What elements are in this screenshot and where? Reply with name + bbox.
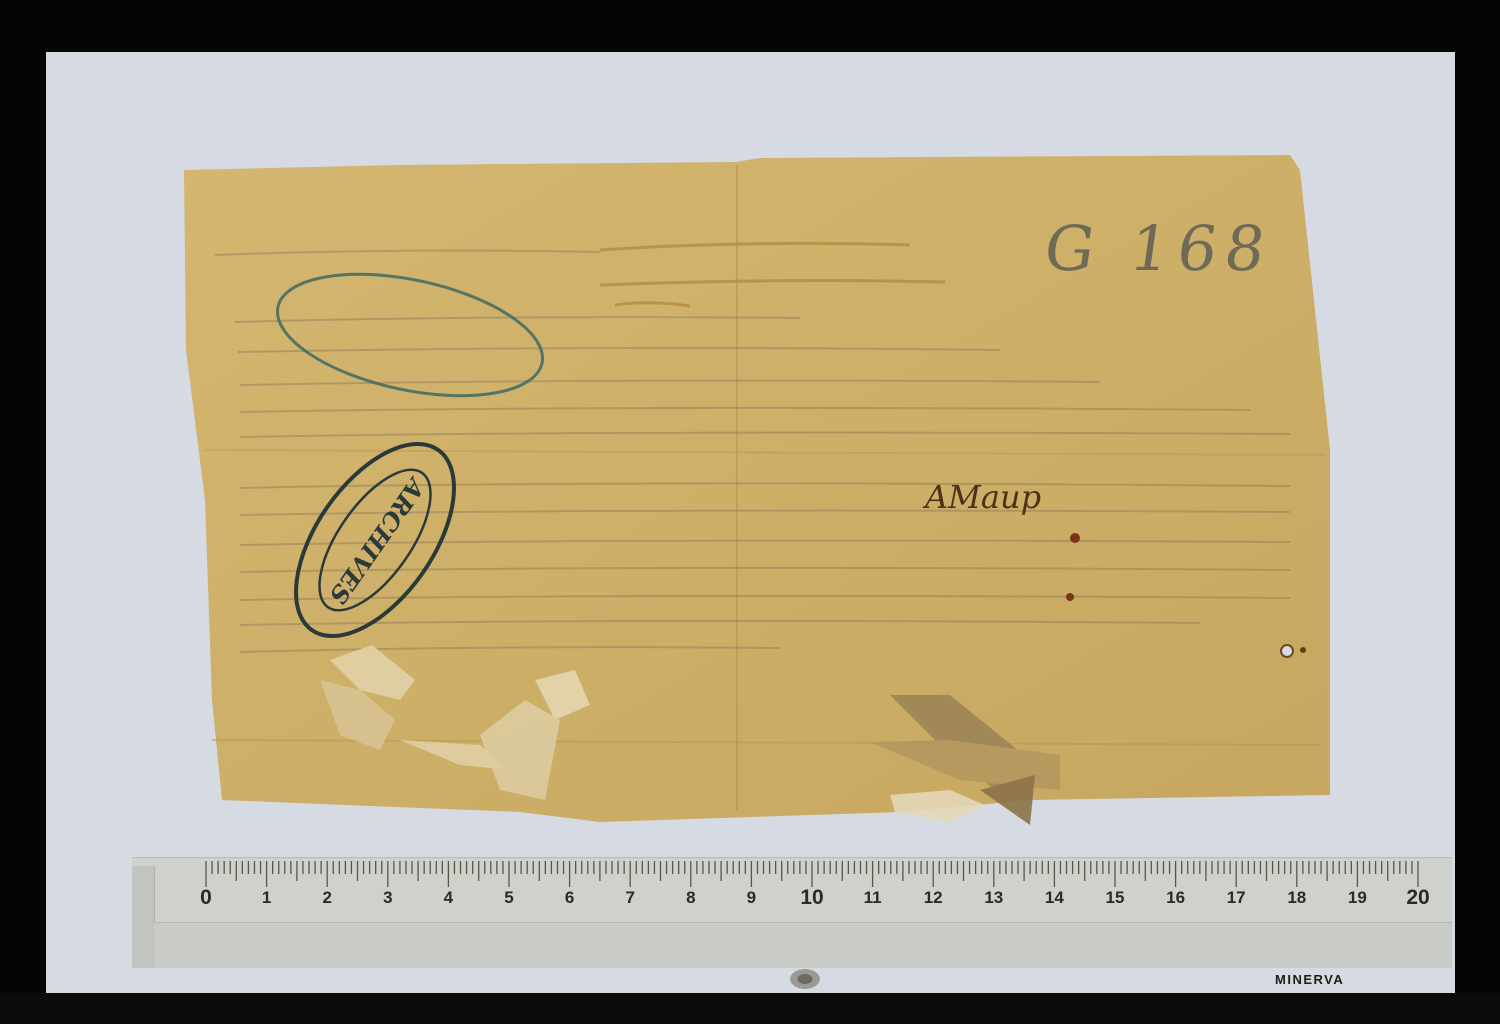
ink-spot-icon [1066,593,1074,601]
ruler-label: 0 [200,886,212,910]
hole-icon [1281,645,1293,657]
ruler-label: 13 [984,888,1003,908]
ruler-label: 19 [1348,888,1367,908]
ruler-label: 1 [262,888,271,908]
ruler-label: 17 [1227,888,1246,908]
ruler-label: 11 [864,888,882,908]
measurement-ruler: 01234567891011121314151617181920 [132,857,1452,968]
signature: AMaup [925,478,1041,516]
ruler-label: 2 [322,888,331,908]
shelfmark-label: G 168 [1040,212,1278,285]
ruler-label: 6 [565,888,574,908]
ruler-label: 7 [625,888,634,908]
ruler-label: 16 [1166,888,1185,908]
ruler-label: 10 [800,886,823,910]
ruler-label: 14 [1045,888,1064,908]
ruler-hole-icon [790,969,820,989]
ruler-label: 12 [924,888,943,908]
ruler-label: 20 [1406,886,1429,910]
ruler-label: 5 [504,888,513,908]
ink-spot-icon [1070,533,1080,543]
ruler-label: 18 [1287,888,1306,908]
ruler-label: 4 [444,888,453,908]
ruler-label: 9 [747,888,756,908]
ruler-label: 15 [1106,888,1125,908]
ruler-label: 3 [383,888,392,908]
ruler-label: 8 [686,888,695,908]
ruler-brand: MINERVA [1275,972,1344,987]
